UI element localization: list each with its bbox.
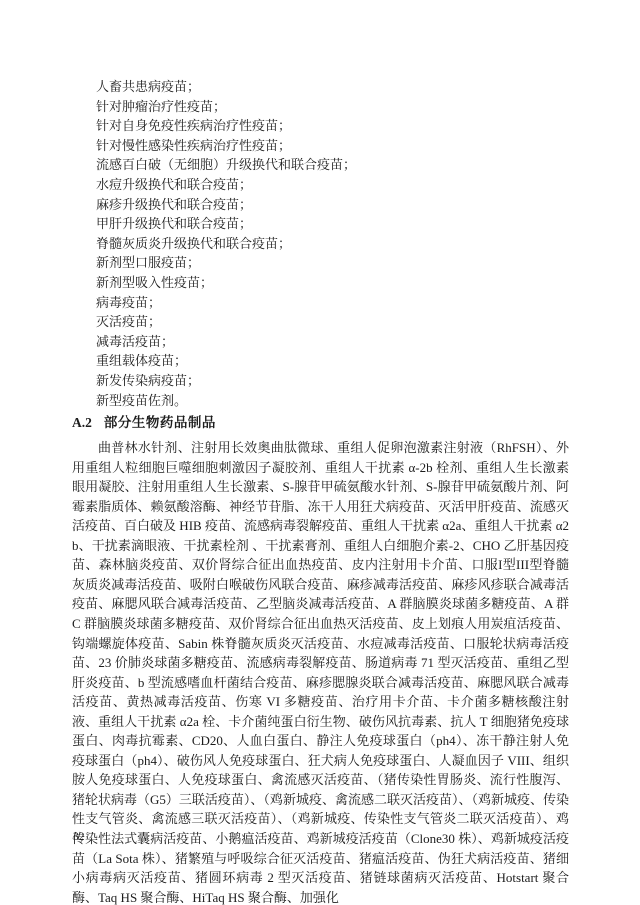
vaccine-list-item: 水痘升级换代和联合疫苗；	[96, 175, 568, 195]
vaccine-list-item: 新发传染病疫苗；	[96, 371, 568, 391]
vaccine-list-item: 灭活疫苗；	[96, 312, 568, 332]
vaccine-list-item: 针对慢性感染性疾病治疗性疫苗；	[96, 136, 568, 156]
vaccine-list-item: 新剂型吸入性疫苗；	[96, 273, 568, 293]
section-heading: A.2 部分生物药品制品	[72, 413, 568, 432]
document-page: 人畜共患病疫苗；针对肿瘤治疗性疫苗；针对自身免疫性疾病治疗性疫苗；针对慢性感染性…	[0, 0, 640, 905]
vaccine-list-item: 重组载体疫苗；	[96, 351, 568, 371]
vaccine-list-item: 减毒活疫苗；	[96, 332, 568, 352]
vaccine-list-item: 新剂型口服疫苗；	[96, 253, 568, 273]
section-title: 部分生物药品制品	[104, 413, 216, 432]
biological-products-paragraph: 曲普林水针剂、注射用长效奥曲肽微球、重组人促卵泡激素注射液（RhFSH）、外用重…	[72, 438, 569, 905]
vaccine-list-item: 脊髓灰质炎升级换代和联合疫苗；	[96, 234, 568, 254]
vaccine-list-item: 针对自身免疫性疾病治疗性疫苗；	[96, 116, 568, 136]
vaccine-list-item: 病毒疫苗；	[96, 293, 568, 313]
vaccine-type-list: 人畜共患病疫苗；针对肿瘤治疗性疫苗；针对自身免疫性疾病治疗性疫苗；针对慢性感染性…	[96, 77, 568, 410]
vaccine-list-item: 针对肿瘤治疗性疫苗；	[96, 97, 568, 117]
vaccine-list-item: 甲肝升级换代和联合疫苗；	[96, 214, 568, 234]
vaccine-list-item: 人畜共患病疫苗；	[96, 77, 568, 97]
section-number: A.2	[72, 413, 92, 432]
vaccine-list-item: 流感百白破（无细胞）升级换代和联合疫苗；	[96, 155, 568, 175]
vaccine-list-item: 新型疫苗佐剂。	[96, 391, 568, 411]
vaccine-list-item: 麻疹升级换代和联合疫苗；	[96, 195, 568, 215]
page-number: 32	[73, 831, 85, 843]
